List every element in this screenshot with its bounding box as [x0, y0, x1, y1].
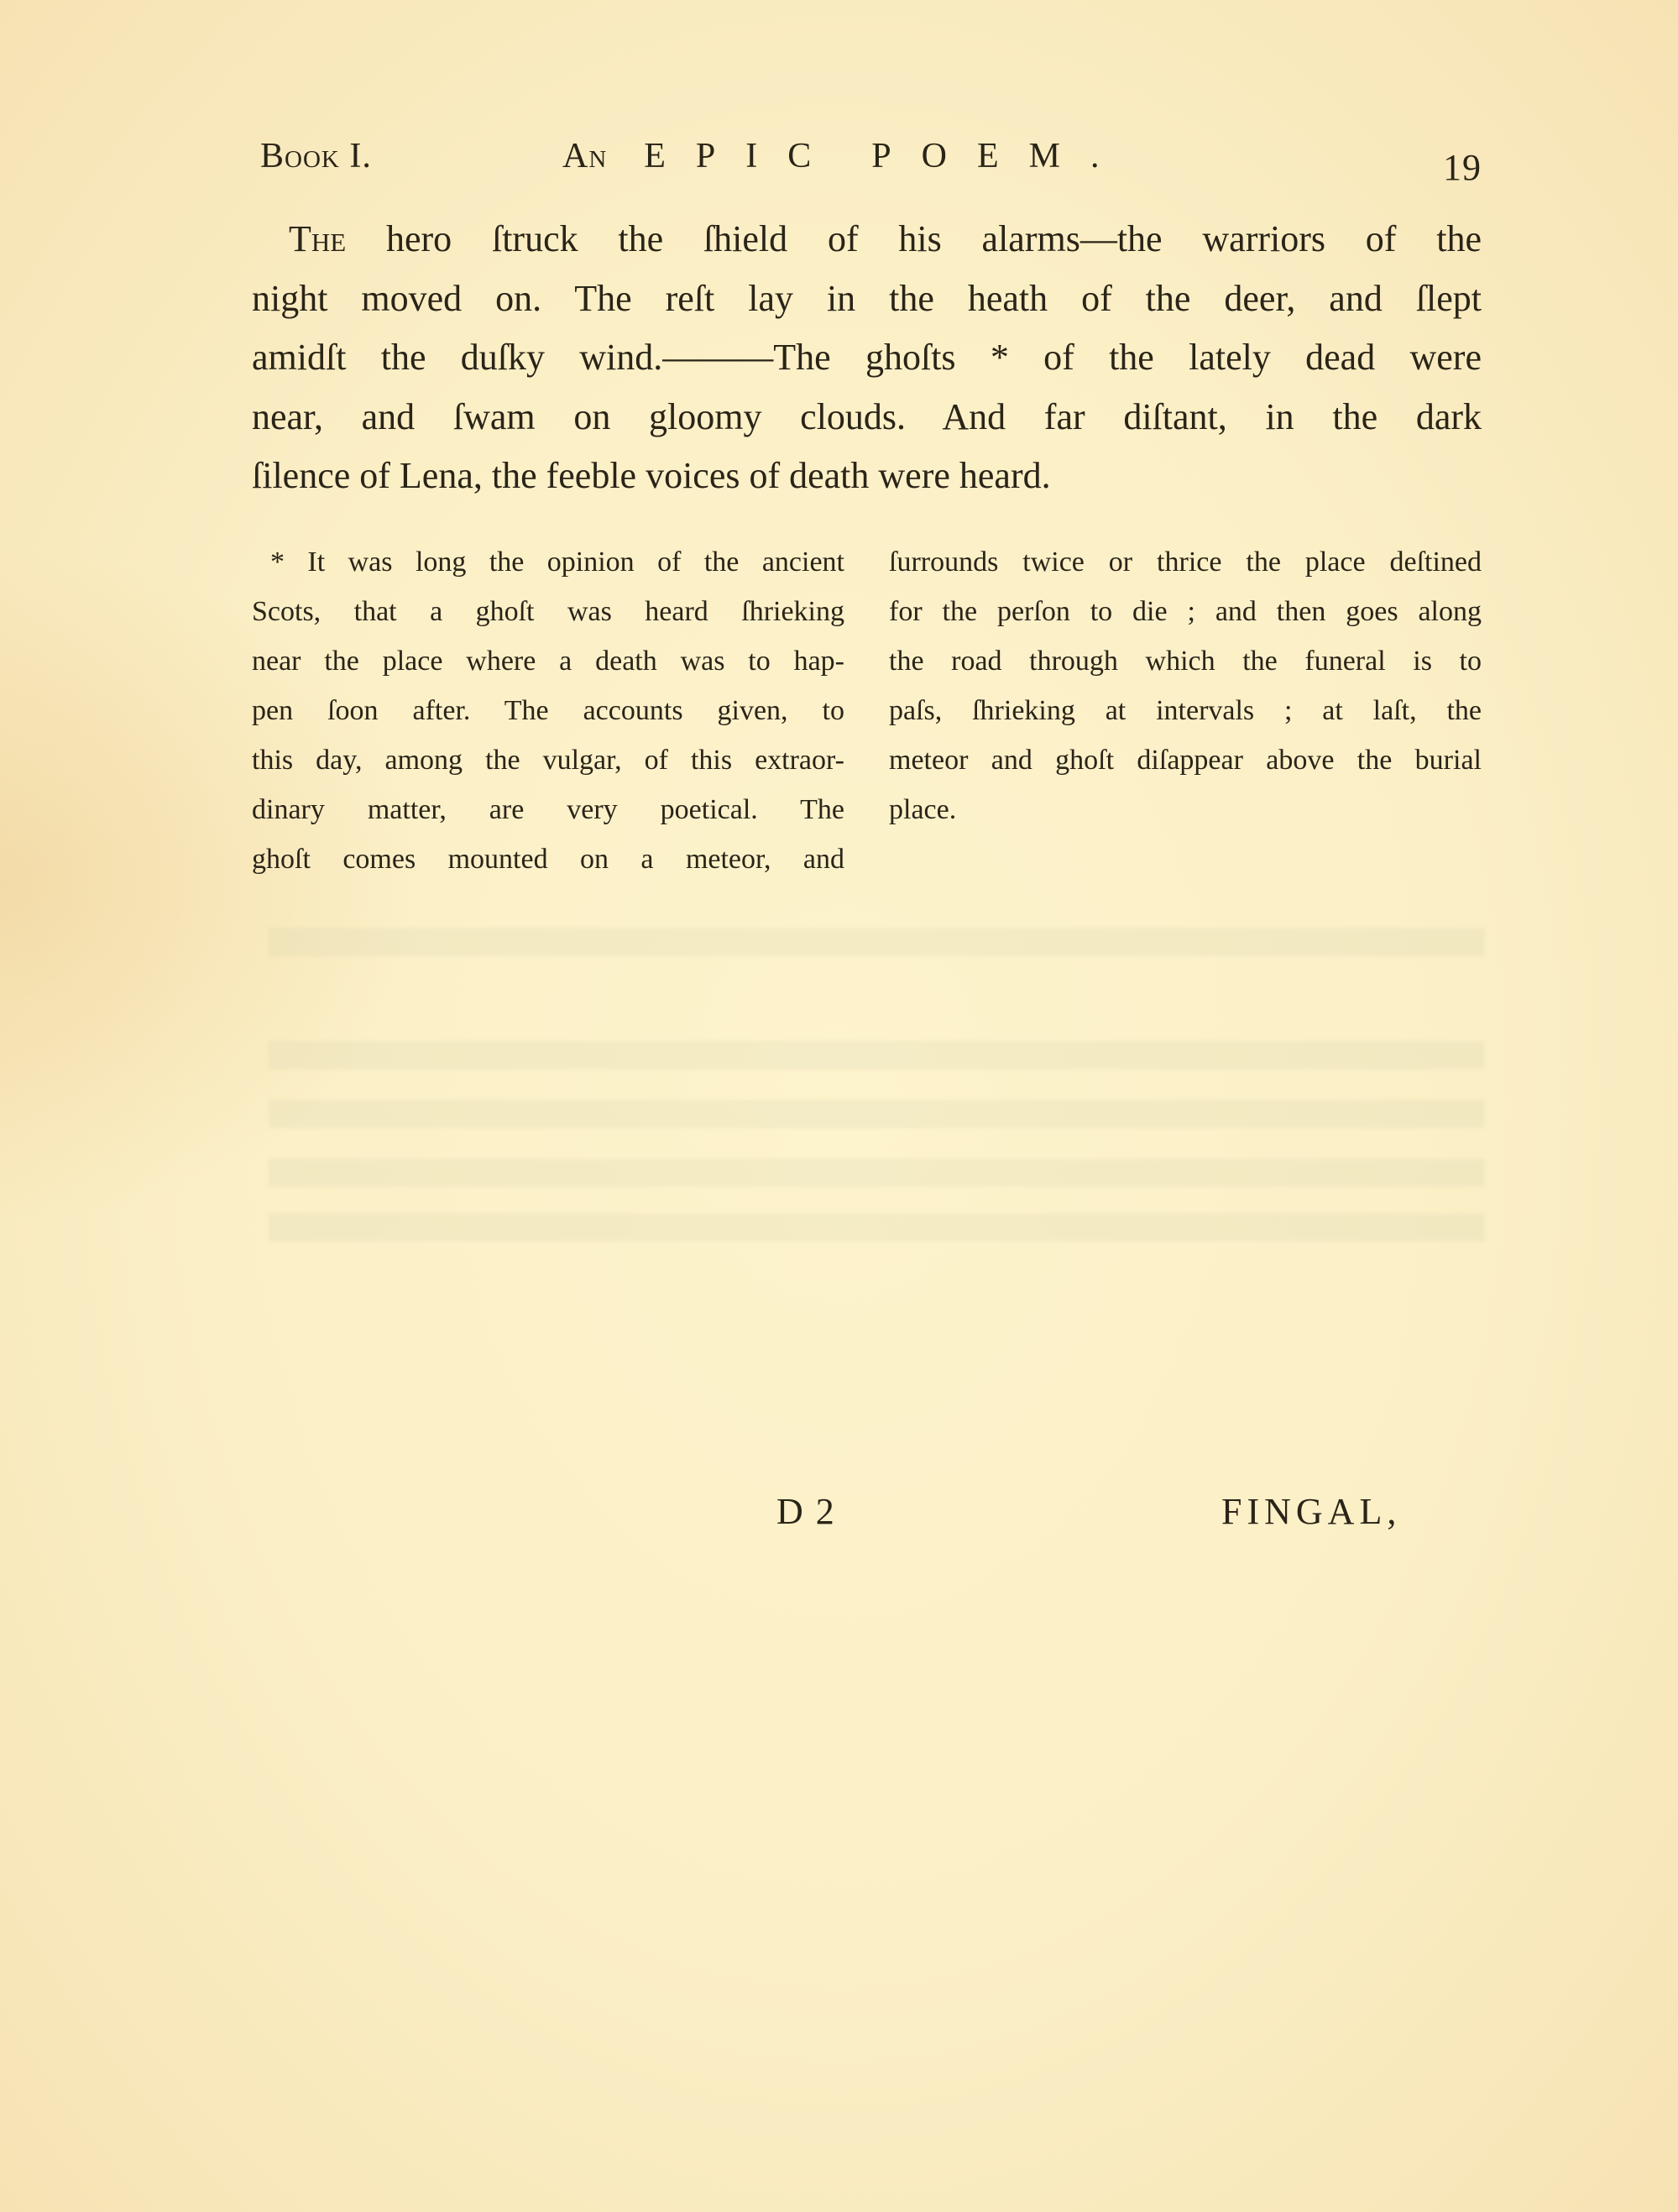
footnote-line: the road through which the funeral is to — [889, 636, 1482, 686]
footnote-line: ghoſt comes mounted on a meteor, and — [252, 834, 844, 884]
title-epic: EPIC — [644, 137, 841, 175]
footnote-line: Scots, that a ghoſt was heard ſhrieking — [252, 587, 844, 636]
paragraph-line: The hero ſtruck the ſhield of his alarms… — [252, 210, 1482, 269]
footnote-line: place. — [889, 785, 1482, 834]
footnote-line: this day, among the vulgar, of this extr… — [252, 735, 844, 785]
paragraph-line: amidſt the duſky wind.———The ghoſts * of… — [252, 328, 1482, 388]
lead-small-caps: The — [289, 218, 346, 259]
footnote-left-column: * It was long the opinion of the ancient… — [252, 537, 844, 884]
running-head-title: AnEPICPOEM. — [562, 136, 1130, 176]
footnote-line: meteor and ghoſt diſappear above the bur… — [889, 735, 1482, 785]
footnote-line: paſs, ſhrieking at intervals ; at laſt, … — [889, 686, 1482, 735]
footnote-line: for the perſon to die ; and then goes al… — [889, 587, 1482, 636]
bleed-through-text — [269, 1213, 1485, 1242]
running-header: Book I. AnEPICPOEM. 19 — [260, 126, 1482, 185]
bleed-through-text — [269, 1158, 1485, 1187]
footnote: * It was long the opinion of the ancient… — [252, 537, 1482, 884]
paragraph-line: ſilence of Lena, the feeble voices of de… — [252, 447, 1482, 506]
footnote-line: near the place where a death was to hap- — [252, 636, 844, 686]
bleed-through-text — [269, 1100, 1485, 1128]
title-poem: POEM. — [871, 137, 1129, 175]
main-paragraph: The hero ſtruck the ſhield of his alarms… — [252, 210, 1482, 506]
bleed-through-ornament — [269, 928, 1485, 956]
catchword: FINGAL, — [1221, 1490, 1401, 1533]
page-number: 19 — [1443, 146, 1482, 189]
footnote-line: ſurrounds twice or thrice the place deſt… — [889, 537, 1482, 587]
running-head-book: Book I. — [260, 136, 372, 176]
footnote-line: pen ſoon after. The accounts given, to — [252, 686, 844, 735]
signature-mark: D 2 — [776, 1490, 836, 1533]
bleed-through-text — [269, 1041, 1485, 1069]
paragraph-line: near, and ſwam on gloomy clouds. And far… — [252, 388, 1482, 447]
footnote-line: dinary matter, are very poetical. The — [252, 785, 844, 834]
footnote-line: * It was long the opinion of the ancient — [252, 537, 844, 587]
book-page: Book I. AnEPICPOEM. 19 The hero ſtruck t… — [0, 0, 1678, 2212]
title-an: An — [562, 137, 607, 175]
paragraph-line: night moved on. The reſt lay in the heat… — [252, 269, 1482, 329]
footnote-right-column: ſurrounds twice or thrice the place deſt… — [889, 537, 1482, 884]
